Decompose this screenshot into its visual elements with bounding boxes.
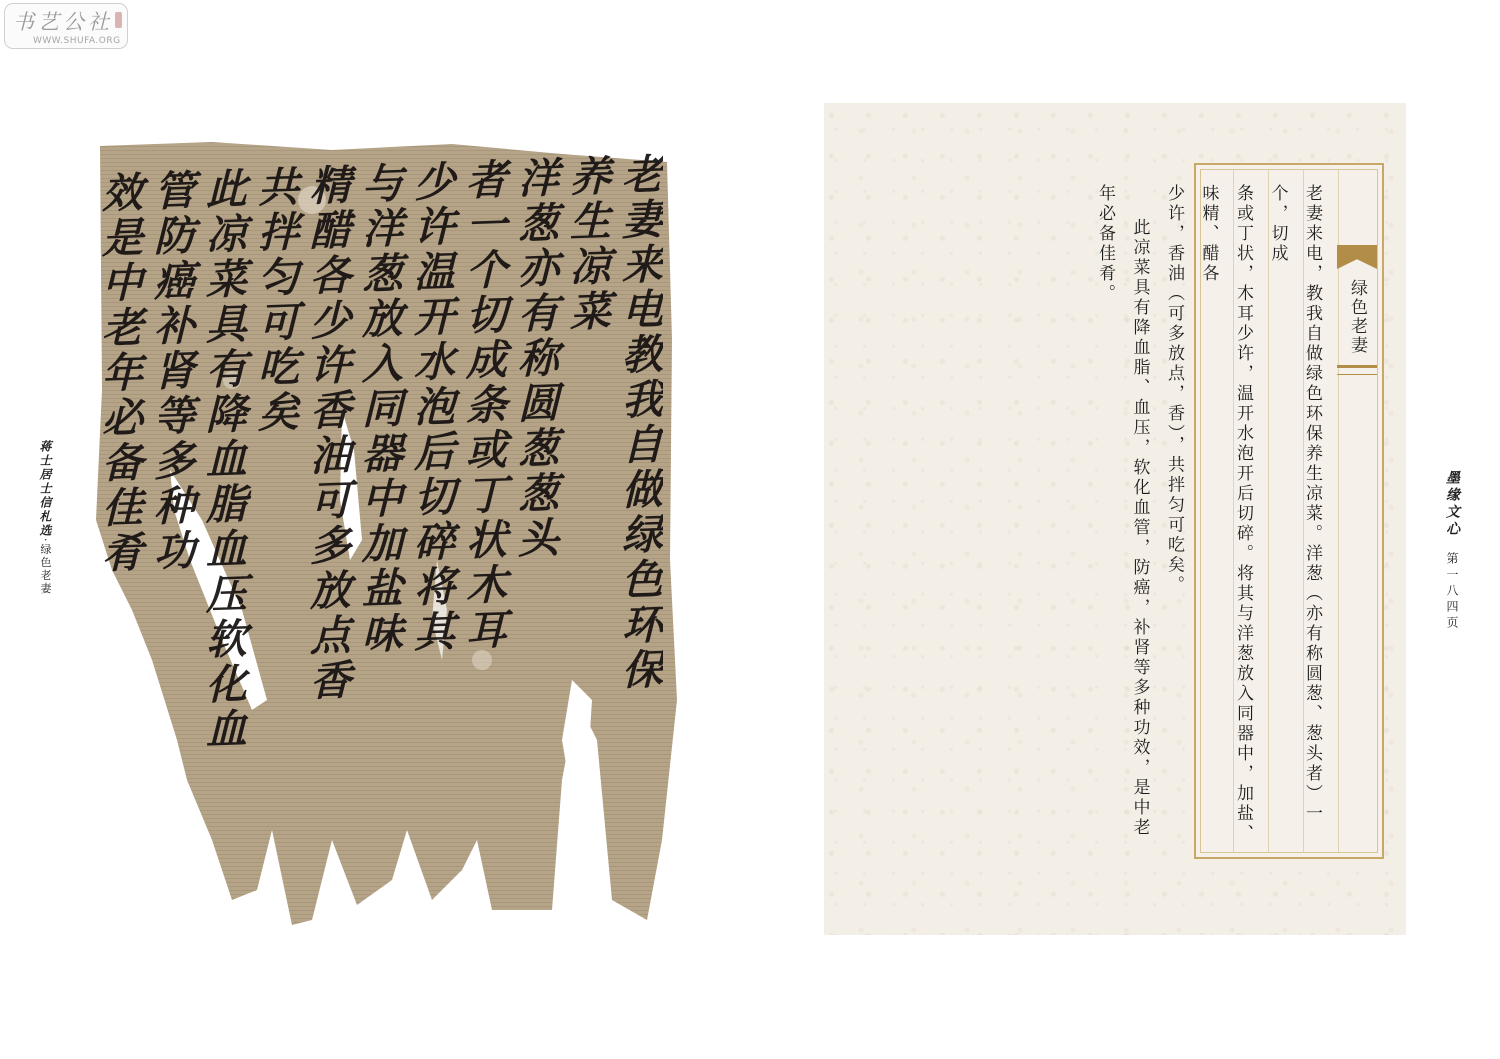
caption-article-title: 绿色老妻 — [39, 544, 52, 596]
article-column: 少许，香油（可多放点，香），共拌匀可吃矣。 — [1157, 184, 1192, 844]
title-tab: 绿色老妻 — [1337, 245, 1377, 375]
manuscript-column: 少许温开水泡后切碎将其 — [405, 159, 457, 881]
left-page-caption: 蒋士居士信札选·绿色老妻 — [37, 440, 54, 596]
article-panel: 绿色老妻 老妻来电，教我自做绿色环保养生凉菜。洋葱（亦有称圆葱、葱头者）一个，切… — [1194, 163, 1384, 859]
manuscript-column: 洋葱亦有称圆葱葱头 — [509, 156, 561, 878]
seal-stamp-icon — [115, 12, 122, 28]
article-title: 绿色老妻 — [1345, 279, 1370, 355]
watermark-url: WWW.SHUFA.ORG — [33, 36, 121, 46]
article-column: 此凉菜具有降血脂、血压，软化血管，防癌，补肾等多种功效，是中老年必备佳肴。 — [1088, 184, 1157, 844]
manuscript-column: 者一个切成条或丁状木耳 — [457, 157, 509, 879]
article-column: 条或丁状，木耳少许，温开水泡开后切碎。将其与洋葱放入同器中，加盐、味精、醋各 — [1191, 184, 1260, 844]
manuscript-column: 共拌匀可吃矣 — [249, 165, 301, 887]
manuscript-column: 老妻来电教我自做绿色环保 — [613, 152, 665, 874]
manuscript-column: 效是中老年必备佳肴 — [93, 170, 145, 892]
manuscript-column: 此凉菜具有降血脂血压软化血 — [197, 167, 249, 889]
watermark-logo: 书艺公社 WWW.SHUFA.ORG — [4, 3, 128, 49]
tab-bottom-band — [1337, 365, 1377, 375]
article-column: 老妻来电，教我自做绿色环保养生凉菜。洋葱（亦有称圆葱、葱头者）一个，切成 — [1260, 184, 1329, 844]
manuscript-column: 精醋各少许香油可多放点香 — [301, 163, 353, 885]
right-page: 绿色老妻 老妻来电，教我自做绿色环保养生凉菜。洋葱（亦有称圆葱、葱头者）一个，切… — [824, 103, 1406, 935]
article-body: 老妻来电，教我自做绿色环保养生凉菜。洋葱（亦有称圆葱、葱头者）一个，切成 条或丁… — [1088, 184, 1330, 844]
panel-inner-border: 绿色老妻 老妻来电，教我自做绿色环保养生凉菜。洋葱（亦有称圆葱、葱头者）一个，切… — [1200, 169, 1378, 853]
page-number: 第一八四页 — [1445, 552, 1459, 632]
manuscript-column: 管防癌补肾等多种功 — [145, 168, 197, 890]
manuscript-column: 与洋葱放入同器中加盐味 — [353, 161, 405, 883]
right-page-caption: 墨缘文心 第一八四页 — [1442, 470, 1462, 632]
manuscript-calligraphy: 老妻来电教我自做绿色环保 养生凉菜 洋葱亦有称圆葱葱头 者一个切成条或丁状木耳 … — [93, 152, 665, 892]
chevron-ornament-icon — [1337, 255, 1377, 269]
watermark-brand: 书艺公社 — [13, 6, 113, 36]
series-title: 蒋士居士信札选 — [38, 440, 52, 538]
manuscript-image: 老妻来电教我自做绿色环保 养生凉菜 洋葱亦有称圆葱葱头 者一个切成条或丁状木耳 … — [92, 140, 677, 930]
book-title: 墨缘文心 — [1444, 470, 1460, 538]
manuscript-column: 养生凉菜 — [561, 154, 613, 876]
